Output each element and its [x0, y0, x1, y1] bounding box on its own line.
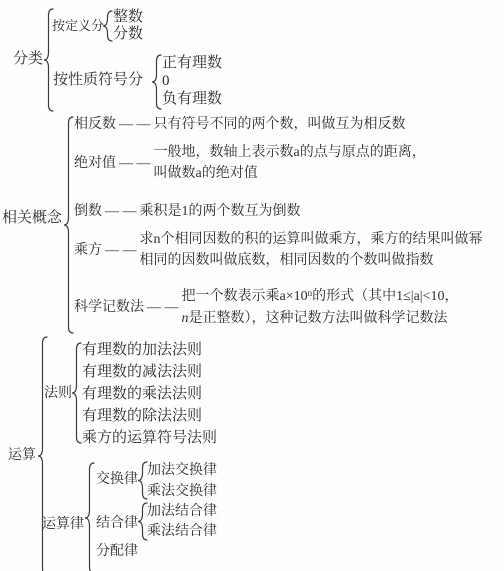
concept-term: 倒数	[74, 203, 102, 220]
concept-desc: 只有符号不同的两个数，叫做互为相反数	[154, 114, 406, 135]
rule-item-subtraction: 有理数的减法法则	[82, 364, 202, 381]
leaf-zero: 0	[162, 73, 170, 90]
law-item-addition-associative: 加法结合律	[147, 503, 217, 520]
dash-connector: — —	[119, 155, 151, 172]
concept-desc: 把一个数表示乘a×10n的形式（其中1≤|a|<10， n是正整数），这种记数方…	[182, 286, 459, 329]
law-item-multiplication-associative: 乘法结合律	[147, 523, 217, 540]
concept-row-reciprocal: 倒数 — — 乘积是1的两个数互为倒数	[74, 201, 301, 222]
node-rules: 法则	[44, 385, 72, 402]
rule-item-multiplication: 有理数的乘法法则	[82, 386, 202, 403]
branch-label-operations: 运算	[8, 447, 36, 464]
leaf-negative-rational: 负有理数	[162, 91, 222, 108]
concept-term: 相反数	[74, 116, 116, 133]
node-by-definition: 按定义分	[52, 17, 104, 34]
brace-operations	[38, 336, 49, 571]
dash-connector: — —	[105, 242, 137, 259]
concept-row-power: 乘方 — — 求n个相同因数的积的运算叫做乘方，乘方的结果叫做幂 相同的因数叫做…	[74, 229, 483, 271]
rational-numbers-mind-map: 分类 按定义分 整数 分数 按性质符号分 正有理数 0 负有理数 相关概念 相反…	[0, 0, 504, 571]
exponent-n: n	[308, 288, 313, 298]
concept-desc: 乘积是1的两个数互为倒数	[140, 201, 301, 222]
law-item-addition-commutative: 加法交换律	[147, 462, 217, 479]
rule-item-power-sign: 乘方的运算符号法则	[82, 430, 217, 447]
rule-item-addition: 有理数的加法法则	[82, 342, 202, 359]
node-commutative: 交换律	[96, 471, 138, 488]
brace-laws	[85, 462, 96, 571]
node-distributive: 分配律	[96, 543, 138, 560]
concept-row-absolute: 绝对值 — — 一般地，数轴上表示数a的点与原点的距离， 叫做数a的绝对值	[74, 142, 426, 184]
branch-label-classification: 分类	[13, 51, 43, 68]
branch-label-concepts: 相关概念	[2, 210, 62, 227]
leaf-positive-rational: 正有理数	[162, 55, 222, 72]
leaf-fraction: 分数	[113, 26, 143, 43]
concept-term: 乘方	[74, 242, 102, 259]
concept-term: 科学记数法	[74, 299, 144, 316]
dash-connector: — —	[105, 203, 137, 220]
concept-row-opposite: 相反数 — — 只有符号不同的两个数，叫做互为相反数	[74, 114, 406, 135]
variable-n: n	[182, 311, 189, 326]
node-associative: 结合律	[96, 515, 138, 532]
node-laws: 运算律	[42, 516, 84, 533]
rule-item-division: 有理数的除法法则	[82, 408, 202, 425]
concept-desc: 求n个相同因数的积的运算叫做乘方，乘方的结果叫做幂 相同的因数叫做底数，相同因数…	[140, 229, 483, 271]
dash-connector: — —	[119, 116, 151, 133]
concept-term: 绝对值	[74, 155, 116, 172]
leaf-integer: 整数	[113, 9, 143, 26]
concept-desc: 一般地，数轴上表示数a的点与原点的距离， 叫做数a的绝对值	[154, 142, 426, 184]
concept-row-scientific-notation: 科学记数法 — — 把一个数表示乘a×10n的形式（其中1≤|a|<10， n是…	[74, 286, 459, 329]
node-by-sign: 按性质符号分	[53, 72, 143, 89]
dash-connector: — —	[147, 299, 179, 316]
law-item-multiplication-commutative: 乘法交换律	[147, 483, 217, 500]
